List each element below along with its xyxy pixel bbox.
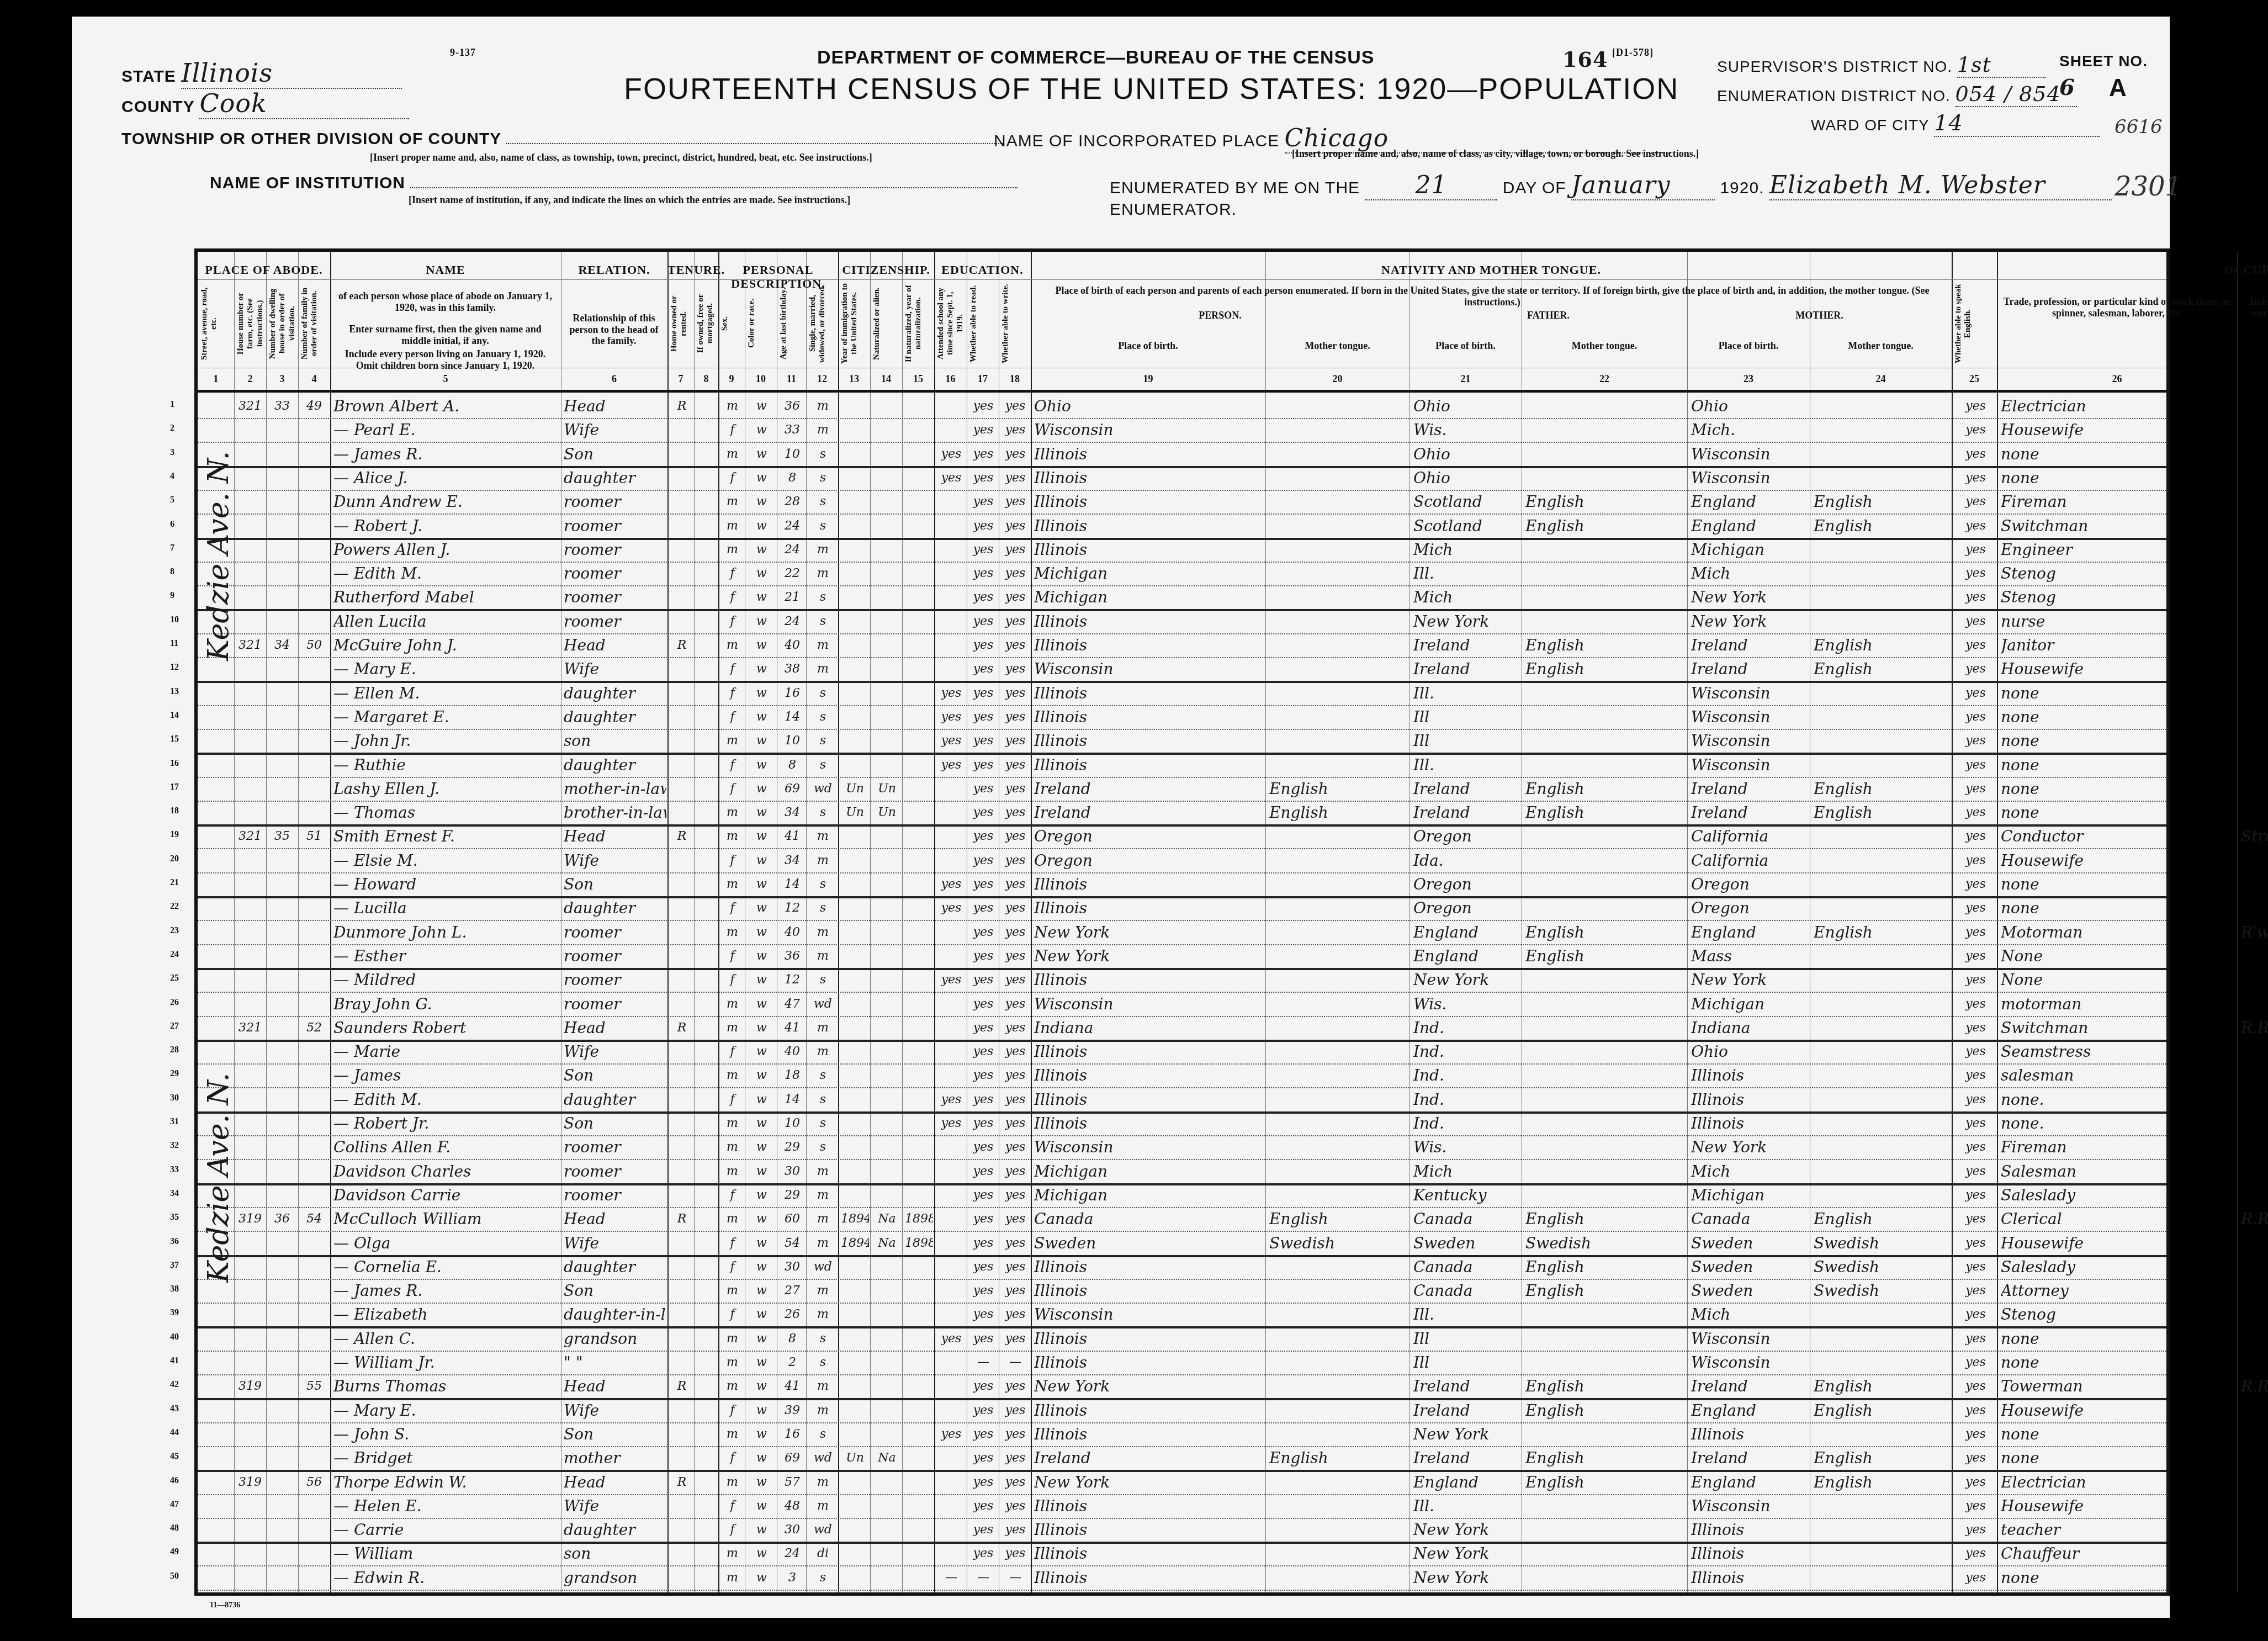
cell-name: Saunders Robert — [333, 1017, 560, 1039]
cell-sch — [937, 1543, 966, 1565]
cell-age: 14 — [780, 706, 805, 728]
cell-imm — [841, 1017, 869, 1039]
cell-dw — [267, 539, 297, 561]
table-row[interactable]: — William Jr." "mw2s——IllinoisIllWiscons… — [198, 1351, 2166, 1375]
cell-race: w — [748, 1208, 776, 1230]
cell-nat — [873, 825, 901, 848]
cell-mmt: English — [1814, 778, 1951, 800]
cell-house — [235, 993, 265, 1015]
cell-imm — [841, 754, 869, 776]
cell-sch — [937, 778, 966, 800]
cell-mmt: English — [1814, 1400, 1951, 1422]
cell-mt: English — [1269, 802, 1408, 824]
cell-mt — [1269, 1375, 1408, 1398]
cell-age: 54 — [780, 1232, 805, 1254]
cell-rel: Wife — [564, 1495, 666, 1517]
cell-rel: Son — [564, 1280, 666, 1302]
cell-occ: teacher — [2001, 1519, 2236, 1541]
cell-write: yes — [1001, 730, 1030, 752]
cell-fpob: New York — [1413, 969, 1520, 991]
table-row[interactable]: — JamesSonmw18syesyesIllinoisInd.Illinoi… — [198, 1063, 2166, 1088]
cell-fam — [299, 563, 329, 585]
table-row[interactable]: Bray John G.roomermw47wdyesyesWisconsinW… — [198, 992, 2166, 1017]
cell-write: yes — [1001, 945, 1030, 967]
cell-fpob: Ind. — [1413, 1017, 1520, 1039]
cell-mmt — [1814, 443, 1951, 465]
cell-occ: None — [2001, 969, 2236, 991]
cell-read: yes — [969, 682, 998, 705]
cell-age: 48 — [780, 1495, 805, 1517]
cell-rel: Wife — [564, 1232, 666, 1254]
cell-nat — [873, 897, 901, 919]
cell-ms: s — [809, 1113, 837, 1135]
agency-title: DEPARTMENT OF COMMERCE—BUREAU OF THE CEN… — [817, 47, 1375, 68]
cell-natyr — [905, 802, 933, 824]
cell-ms: m — [809, 395, 837, 417]
cell-ms: m — [809, 922, 837, 944]
cell-dw — [267, 563, 297, 585]
cell-natyr — [905, 1256, 933, 1278]
cell-fam: 49 — [299, 395, 329, 417]
cell-mmt — [1814, 993, 1951, 1015]
cell-eng: yes — [1956, 1447, 1996, 1469]
cell-dw — [267, 993, 297, 1015]
cell-ind — [2241, 1256, 2268, 1278]
table-row[interactable]: Allen Lucilaroomerfw24syesyesIllinoisNew… — [198, 610, 2166, 634]
cell-imm — [841, 874, 869, 896]
line-number-left: 4 — [170, 472, 174, 481]
census-title: FOURTEENTH CENSUS OF THE UNITED STATES: … — [624, 72, 1679, 106]
cell-name: McCulloch William — [333, 1208, 560, 1230]
table-row[interactable]: — Robert J.roomermw24syesyesIllinoisScot… — [198, 514, 2166, 540]
cell-name: — Marie — [333, 1041, 560, 1063]
cell-fmt — [1525, 1328, 1686, 1350]
cell-eng: yes — [1956, 515, 1996, 537]
cell-age: 10 — [780, 1113, 805, 1135]
cell-mt — [1269, 1495, 1408, 1517]
cell-own: R — [671, 1375, 693, 1398]
table-row[interactable]: — Cornelia E.daughterfw30wdyesyesIllinoi… — [198, 1255, 2166, 1280]
cell-own — [671, 1161, 693, 1183]
cell-mt — [1269, 563, 1408, 585]
cell-name: Collins Allen F. — [333, 1136, 560, 1158]
cell-read: yes — [969, 993, 998, 1015]
cell-rel: Head — [564, 1375, 666, 1398]
table-row[interactable]: Dunmore John L.roomermw40myesyesNew York… — [198, 920, 2166, 945]
cell-own — [671, 419, 693, 441]
table-row[interactable]: — Edith M.daughterfw14syesyesyesIllinois… — [198, 1088, 2166, 1114]
cell-ind — [2241, 1113, 2268, 1135]
cell-sex: m — [721, 1208, 744, 1230]
cell-ind: R.R. — [2241, 1375, 2268, 1398]
cell-name: — Elizabeth — [333, 1304, 560, 1326]
column-header-c2: House number or farm, etc. (See instruct… — [236, 282, 264, 365]
column-number: 6 — [561, 373, 667, 385]
cell-occ: Engineer — [2001, 539, 2236, 561]
table-row[interactable]: — Pearl E.Wifefw33myesyesWisconsinWis.Mi… — [198, 418, 2166, 443]
cell-race: w — [748, 1184, 776, 1206]
table-row[interactable]: 3213551Smith Ernest F.HeadRmw41myesyesOr… — [198, 824, 2166, 849]
cell-eng: yes — [1956, 1471, 1996, 1494]
header-bottom-rule — [198, 390, 2166, 393]
table-row[interactable]: Davidson Carrieroomerfw29myesyesMichigan… — [198, 1183, 2166, 1208]
cell-name: — Margaret E. — [333, 706, 560, 728]
cell-read: yes — [969, 922, 998, 944]
cell-house — [235, 1089, 265, 1111]
cell-ind — [2241, 419, 2268, 441]
cell-age: 41 — [780, 825, 805, 848]
cell-own: R — [671, 395, 693, 417]
cell-rel: Head — [564, 395, 666, 417]
cell-mmt — [1814, 1184, 1951, 1206]
cell-fam — [299, 1328, 329, 1350]
cell-mt — [1269, 658, 1408, 680]
cell-fpob: Canada — [1413, 1280, 1520, 1302]
cell-eng: yes — [1956, 1543, 1996, 1565]
column-header-c10: Color or race. — [747, 282, 775, 365]
cell-occ: Housewife — [2001, 419, 2236, 441]
table-row[interactable]: — Carriedaughterfw30wdyesyesIllinoisNew … — [198, 1518, 2166, 1544]
cell-write: yes — [1001, 706, 1030, 728]
line-number-left: 27 — [170, 1021, 179, 1031]
cell-name: — Edwin R. — [333, 1567, 560, 1589]
cell-race: w — [748, 1280, 776, 1302]
cell-read: yes — [969, 850, 998, 872]
cell-race: w — [748, 467, 776, 489]
cell-eng: yes — [1956, 658, 1996, 680]
cell-nat — [873, 1567, 901, 1589]
cell-pob: Wisconsin — [1034, 419, 1264, 441]
cell-mt — [1269, 897, 1408, 919]
table-row[interactable]: 3213349Brown Albert A.HeadRmw36myesyesOh… — [198, 394, 2166, 419]
cell-natyr — [905, 969, 933, 991]
table-row[interactable]: — John Jr.sonmw10syesyesyesIllinoisIllWi… — [198, 729, 2166, 755]
cell-fmt — [1525, 1519, 1686, 1541]
cell-sch — [937, 1400, 966, 1422]
cell-house — [235, 1256, 265, 1278]
cell-own — [671, 778, 693, 800]
cell-natyr — [905, 706, 933, 728]
cell-mpob: Indiana — [1691, 1017, 1809, 1039]
cell-nat — [873, 1375, 901, 1398]
cell-fmt — [1525, 850, 1686, 872]
table-row[interactable]: — Thomasbrother-in-lawmw34sUnUnyesyesIre… — [198, 801, 2166, 827]
cell-pob: Illinois — [1034, 491, 1264, 513]
cell-race: w — [748, 515, 776, 537]
cell-nat — [873, 443, 901, 465]
table-row[interactable]: — MarieWifefw40myesyesIllinoisInd.Ohioye… — [198, 1040, 2166, 1065]
cell-pob: Indiana — [1034, 1017, 1264, 1039]
cell-mt — [1269, 1423, 1408, 1446]
table-row[interactable]: — HowardSonmw14syesyesyesIllinoisOregonO… — [198, 872, 2166, 898]
cell-own — [671, 467, 693, 489]
cell-fpob: Wis. — [1413, 419, 1520, 441]
table-row[interactable]: — Edith M.roomerfw22myesyesMichiganIll.M… — [198, 562, 2166, 586]
table-row[interactable]: — James R.Sonmw27myesyesIllinoisCanadaEn… — [198, 1279, 2166, 1304]
cell-occ: Conductor — [2001, 825, 2236, 848]
cell-sex: m — [721, 1017, 744, 1039]
table-row[interactable]: — Allen C.grandsonmw8syesyesyesIllinoisI… — [198, 1327, 2166, 1352]
cell-write: yes — [1001, 754, 1030, 776]
month-value: January — [1571, 171, 1715, 200]
cell-age: 12 — [780, 897, 805, 919]
cell-write: yes — [1001, 1256, 1030, 1278]
cell-own: R — [671, 1471, 693, 1494]
cell-rel: Head — [564, 1471, 666, 1494]
cell-occ: Chauffeur — [2001, 1543, 2236, 1565]
cell-sex: f — [721, 682, 744, 705]
table-row[interactable]: — Alice J.daughterfw8syesyesyesIllinoisO… — [198, 466, 2166, 491]
cell-write: yes — [1001, 1375, 1030, 1398]
cell-eng: yes — [1956, 1232, 1996, 1254]
cell-fmt: Swedish — [1525, 1232, 1686, 1254]
cell-rel: mother — [564, 1447, 666, 1469]
census-sheet: STATE Illinois COUNTY Cook TOWNSHIP OR O… — [72, 17, 2170, 1618]
table-row[interactable]: — Mildredroomerfw12syesyesyesIllinoisNew… — [198, 968, 2166, 993]
table-row[interactable]: — Estherroomerfw36myesyesNew YorkEngland… — [198, 944, 2166, 970]
township-instructions: [Insert proper name and, also, name of c… — [370, 152, 872, 163]
cell-nat — [873, 682, 901, 705]
street-name: Kedzie Ave. N. — [202, 1073, 235, 1283]
table-row[interactable]: — Ruthiedaughterfw8syesyesyesIllinoisIll… — [198, 753, 2166, 778]
cell-natyr — [905, 730, 933, 752]
cell-ms: s — [809, 1423, 837, 1446]
cell-write: yes — [1001, 850, 1030, 872]
cell-eng: yes — [1956, 945, 1996, 967]
citizenship-header: CITIZENSHIP. — [838, 263, 934, 277]
table-row[interactable]: — Helen E.Wifefw48myesyesIllinoisIll.Wis… — [198, 1494, 2166, 1519]
table-row[interactable]: Rutherford Mabelroomerfw21syesyesMichiga… — [198, 585, 2166, 611]
cell-rel: Head — [564, 825, 666, 848]
cell-dw — [267, 1304, 297, 1326]
cell-write: yes — [1001, 467, 1030, 489]
cell-mmt — [1814, 706, 1951, 728]
table-row[interactable]: 32152Saunders RobertHeadRmw41myesyesIndi… — [198, 1016, 2166, 1042]
table-row[interactable]: — Lucilladaughterfw12syesyesyesIllinoisO… — [198, 896, 2166, 921]
cell-house — [235, 443, 265, 465]
cell-name: Davidson Charles — [333, 1161, 560, 1183]
cell-rel: grandson — [564, 1328, 666, 1350]
street-name: Kedzie Ave. N. — [202, 451, 235, 661]
table-row[interactable]: — Elsie M.Wifefw34myesyesOregonIda.Calif… — [198, 849, 2166, 874]
cell-own — [671, 539, 693, 561]
cell-mt — [1269, 1328, 1408, 1350]
cell-natyr — [905, 1280, 933, 1302]
cell-nat — [873, 993, 901, 1015]
cell-fpob: England — [1413, 1471, 1520, 1494]
cell-ms: m — [809, 1232, 837, 1254]
column-header-c9: Sex. — [720, 282, 743, 365]
cell-mmt — [1814, 1567, 1951, 1589]
cell-natyr — [905, 1519, 933, 1541]
table-row[interactable]: — Mary E.Wifefw39myesyesIllinoisIrelandE… — [198, 1399, 2166, 1423]
cell-sex: m — [721, 443, 744, 465]
ed-value: 054 / 854 — [1956, 82, 2077, 107]
cell-house — [235, 778, 265, 800]
cell-house — [235, 1543, 265, 1565]
cell-write: yes — [1001, 922, 1030, 944]
cell-sch — [937, 1304, 966, 1326]
cell-own — [671, 1065, 693, 1087]
cell-sex: m — [721, 1161, 744, 1183]
cell-name: — James R. — [333, 443, 560, 465]
cell-imm — [841, 586, 869, 608]
cell-ind — [2241, 1447, 2268, 1469]
table-row[interactable]: — James R.Sonmw10syesyesyesIllinoisOhioW… — [198, 442, 2166, 468]
cell-occ: none — [2001, 874, 2236, 896]
table-row[interactable]: — OlgaWifefw54m1894Na1898yesyesSwedenSwe… — [198, 1231, 2166, 1257]
cell-natyr — [905, 874, 933, 896]
column-number: 7 — [667, 373, 694, 385]
column-number: 5 — [330, 373, 561, 385]
cell-imm — [841, 945, 869, 967]
table-row[interactable]: — Edwin R.grandsonmw3s———IllinoisNew Yor… — [198, 1566, 2166, 1591]
cell-pob: Michigan — [1034, 586, 1264, 608]
column-header-c11: Age at last birthday. — [779, 282, 804, 365]
cell-age: 40 — [780, 634, 805, 657]
cell-fpob: Ind. — [1413, 1041, 1520, 1063]
cell-read: yes — [969, 586, 998, 608]
cell-mpob: Michigan — [1691, 1184, 1809, 1206]
cell-fmt — [1525, 419, 1686, 441]
line-number-left: 25 — [170, 973, 179, 983]
cell-fpob: Oregon — [1413, 874, 1520, 896]
cell-name: — John Jr. — [333, 730, 560, 752]
cell-eng: yes — [1956, 730, 1996, 752]
cell-pob: Wisconsin — [1034, 658, 1264, 680]
table-row[interactable]: — Ellen M.daughterfw16syesyesyesIllinois… — [198, 681, 2166, 706]
cell-fam — [299, 1089, 329, 1111]
cell-ms: s — [809, 754, 837, 776]
cell-eng: yes — [1956, 850, 1996, 872]
cell-rel: Wife — [564, 419, 666, 441]
cell-pob: Illinois — [1034, 1065, 1264, 1087]
cell-fmt — [1525, 993, 1686, 1015]
cell-mpob: Ireland — [1691, 634, 1809, 657]
cell-pob: Michigan — [1034, 563, 1264, 585]
table-row[interactable]: — Mary E.Wifefw38myesyesWisconsinIreland… — [198, 657, 2166, 683]
cell-name: — Mildred — [333, 969, 560, 991]
table-row[interactable]: — John S.Sonmw16syesyesyesIllinoisNew Yo… — [198, 1422, 2166, 1447]
cell-pob: Illinois — [1034, 515, 1264, 537]
cell-sch — [937, 1208, 966, 1230]
cell-mpob: Sweden — [1691, 1232, 1809, 1254]
table-row[interactable]: Dunn Andrew E.roomermw28syesyesIllinoisS… — [198, 490, 2166, 515]
column-number: 14 — [870, 373, 902, 385]
cell-eng: yes — [1956, 1495, 1996, 1517]
cell-fmt — [1525, 706, 1686, 728]
table-row[interactable]: — Bridgetmotherfw69wdUnNayesyesIrelandEn… — [198, 1446, 2166, 1472]
cell-house — [235, 730, 265, 752]
cell-house: 321 — [235, 395, 265, 417]
cell-ind — [2241, 850, 2268, 872]
cell-ind — [2241, 1184, 2268, 1206]
cell-sch — [937, 1041, 966, 1063]
cell-fpob: Wis. — [1413, 1136, 1520, 1158]
cell-write: yes — [1001, 993, 1030, 1015]
cell-age: 14 — [780, 1089, 805, 1111]
cell-ms: m — [809, 634, 837, 657]
cell-natyr — [905, 658, 933, 680]
cell-mpob: Mich — [1691, 1161, 1809, 1183]
cell-fmt: English — [1525, 922, 1686, 944]
cell-fmt — [1525, 1161, 1686, 1183]
cell-nat — [873, 1041, 901, 1063]
cell-sch — [937, 1232, 966, 1254]
cell-mt — [1269, 993, 1408, 1015]
cell-dw — [267, 706, 297, 728]
cell-mpob: Mass — [1691, 945, 1809, 967]
cell-mmt: English — [1814, 1447, 1951, 1469]
cell-race: w — [748, 730, 776, 752]
cell-house — [235, 706, 265, 728]
cell-own — [671, 658, 693, 680]
cell-ms: s — [809, 611, 837, 633]
cell-eng: yes — [1956, 706, 1996, 728]
table-row[interactable]: 31956Thorpe Edwin W.HeadRmw57myesyesNew … — [198, 1470, 2166, 1495]
column-number: 23 — [1687, 373, 1810, 385]
table-row[interactable]: Powers Allen J.roomermw24myesyesIllinois… — [198, 538, 2166, 563]
cell-sch — [937, 922, 966, 944]
table-row[interactable]: 3193654McCulloch WilliamHeadRmw60m1894Na… — [198, 1207, 2166, 1232]
cell-race: w — [748, 658, 776, 680]
cell-eng: yes — [1956, 611, 1996, 633]
table-row[interactable]: — Margaret E.daughterfw14syesyesyesIllin… — [198, 705, 2166, 730]
table-row[interactable]: 31955Burns ThomasHeadRmw41myesyesNew Yor… — [198, 1374, 2166, 1400]
table-row[interactable]: — Williamsonmw24diyesyesIllinoisNew York… — [198, 1542, 2166, 1566]
cell-natyr — [905, 1400, 933, 1422]
table-row[interactable]: — Elizabethdaughter-in-lawfw26myesyesWis… — [198, 1303, 2166, 1328]
cell-sex: m — [721, 1567, 744, 1589]
cell-occ: Housewife — [2001, 1400, 2236, 1422]
cell-eng: yes — [1956, 395, 1996, 417]
table-row[interactable]: Davidson Charlesroomermw30myesyesMichiga… — [198, 1160, 2166, 1185]
cell-own — [671, 802, 693, 824]
cell-fam — [299, 730, 329, 752]
table-row[interactable]: 3213450McGuire John J.HeadRmw40myesyesIl… — [198, 633, 2166, 658]
table-row[interactable]: Collins Allen F.roomermw29syesyesWiscons… — [198, 1135, 2166, 1160]
cell-imm: 1894 — [841, 1208, 869, 1230]
cell-mt — [1269, 1352, 1408, 1374]
cell-house: 319 — [235, 1471, 265, 1494]
cell-imm — [841, 969, 869, 991]
table-row[interactable]: — Robert Jr.Sonmw10syesyesyesIllinoisInd… — [198, 1111, 2166, 1136]
cell-natyr — [905, 1471, 933, 1494]
cell-ms: s — [809, 586, 837, 608]
cell-rel: brother-in-law — [564, 802, 666, 824]
cell-sex: f — [721, 754, 744, 776]
cell-mmt — [1814, 1328, 1951, 1350]
cell-dw — [267, 1519, 297, 1541]
cell-fpob: Ind. — [1413, 1113, 1520, 1135]
supervisor-field: SUPERVISOR'S DISTRICT NO. 1st — [1717, 52, 2046, 78]
cell-name: — Edith M. — [333, 563, 560, 585]
table-row[interactable]: Lashy Ellen J.mother-in-lawfw69wdUnUnyes… — [198, 777, 2166, 802]
cell-age: 39 — [780, 1400, 805, 1422]
cell-pob: Illinois — [1034, 1567, 1264, 1589]
cell-fam — [299, 539, 329, 561]
cell-own — [671, 1136, 693, 1158]
cell-house — [235, 1304, 265, 1326]
cell-eng: yes — [1956, 1280, 1996, 1302]
cell-dw — [267, 467, 297, 489]
cell-sex: m — [721, 515, 744, 537]
cell-ind — [2241, 730, 2268, 752]
cell-eng: yes — [1956, 1375, 1996, 1398]
cell-dw — [267, 897, 297, 919]
cell-eng: yes — [1956, 778, 1996, 800]
cell-fpob: Ill. — [1413, 1495, 1520, 1517]
